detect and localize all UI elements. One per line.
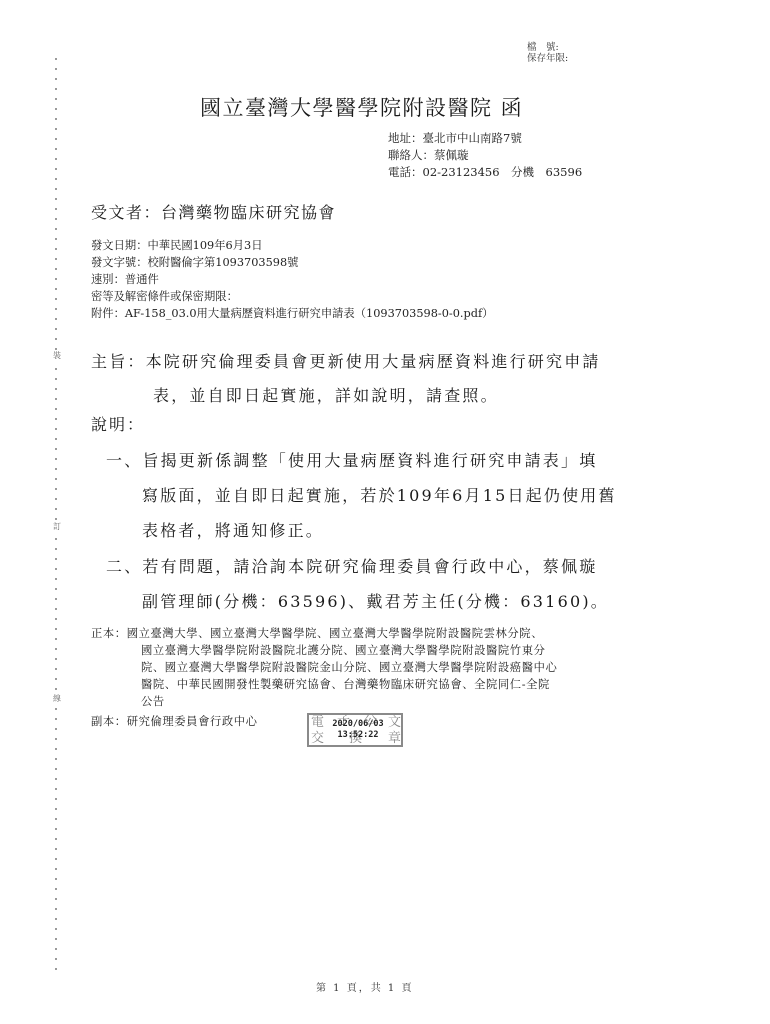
binding-dot <box>55 918 57 920</box>
explanation-item-1: 一、旨揭更新係調整「使用大量病歷資料進行研究申請表」填 寫版面，並自即日起實施，… <box>106 443 617 548</box>
binding-dot <box>55 828 57 830</box>
binding-dot <box>55 798 57 800</box>
binding-dot <box>55 328 57 330</box>
confidentiality: 密等及解密條件或保密期限： <box>91 288 493 305</box>
item-2-line-2: 副管理師(分機：63596)、戴君芳主任(分機：63160)。 <box>106 584 609 619</box>
binding-dot <box>55 558 57 560</box>
binding-dot <box>55 88 57 90</box>
binding-dot <box>55 218 57 220</box>
binding-dot <box>55 388 57 390</box>
binding-dot <box>55 438 57 440</box>
binding-label: 線 <box>53 695 61 703</box>
binding-dot <box>55 728 57 730</box>
stamp-char: 交 <box>311 732 324 745</box>
binding-dot <box>55 968 57 970</box>
delivery-type: 速別：普通件 <box>91 271 493 288</box>
binding-dot <box>55 938 57 940</box>
binding-dot <box>55 428 57 430</box>
recipient: 受文者：台灣藥物臨床研究協會 <box>91 200 336 223</box>
binding-dot <box>55 708 57 710</box>
binding-dot <box>55 608 57 610</box>
primary-recipients: 正本：國立臺灣大學、國立臺灣大學醫學院、國立臺灣大學醫學院附設醫院雲林分院、 國… <box>91 625 557 710</box>
sender-address: 地址：臺北市中山南路7號 <box>388 130 582 147</box>
binding-dot <box>55 378 57 380</box>
binding-dot <box>55 408 57 410</box>
contact-person: 聯絡人：蔡佩璇 <box>388 147 582 164</box>
binding-dot <box>55 108 57 110</box>
primary-line-1: 國立臺灣大學、國立臺灣大學醫學院、國立臺灣大學醫學院附設醫院雲林分院、 <box>127 627 543 640</box>
binding-dot <box>55 298 57 300</box>
binding-dot <box>55 468 57 470</box>
binding-dot <box>55 128 57 130</box>
binding-dot <box>55 148 57 150</box>
binding-dot <box>55 68 57 70</box>
binding-dot <box>55 418 57 420</box>
binding-dot <box>55 168 57 170</box>
subject: 主旨：本院研究倫理委員會更新使用大量病歷資料進行研究申請 表，並自即日起實施，詳… <box>91 345 601 413</box>
binding-dot <box>55 658 57 660</box>
subject-line-2: 表，並自即日起實施，詳如說明，請查照。 <box>91 379 601 413</box>
stamp-char: 章 <box>388 732 401 745</box>
binding-dot <box>55 688 57 690</box>
primary-label: 正本： <box>91 627 127 640</box>
explanation-item-2: 二、若有問題，請洽詢本院研究倫理委員會行政中心，蔡佩璇 副管理師(分機：6359… <box>106 549 609 619</box>
explanation-label: 說明： <box>91 412 145 435</box>
binding-dot <box>55 208 57 210</box>
item-2-line-1: 二、若有問題，請洽詢本院研究倫理委員會行政中心，蔡佩璇 <box>106 549 609 584</box>
binding-dot <box>55 758 57 760</box>
binding-dot <box>55 368 57 370</box>
electronic-exchange-stamp: 電 子 公 文 交 換 章 2020/06/03 13:52:22 <box>307 713 403 747</box>
subject-line-1: 主旨：本院研究倫理委員會更新使用大量病歷資料進行研究申請 <box>91 345 601 379</box>
attachment-link[interactable]: 附件：AF-158_03.0用大量病歷資料進行研究申請表（1093703598-… <box>91 305 493 322</box>
item-1-line-2: 寫版面，並自即日起實施，若於109年6月15日起仍使用舊 <box>106 478 617 513</box>
binding-dot <box>55 858 57 860</box>
binding-dot <box>55 518 57 520</box>
binding-dot <box>55 648 57 650</box>
binding-dot <box>55 578 57 580</box>
binding-dot <box>55 598 57 600</box>
binding-dot <box>55 118 57 120</box>
primary-line-2: 國立臺灣大學醫學院附設醫院北護分院、國立臺灣大學醫學院附設醫院竹東分 <box>91 642 557 659</box>
binding-dot <box>55 628 57 630</box>
binding-dot <box>55 768 57 770</box>
item-1-line-3: 表格者，將通知修正。 <box>106 513 617 548</box>
sender-contact: 地址：臺北市中山南路7號 聯絡人：蔡佩璇 電話：02-23123456 分機 6… <box>388 130 582 181</box>
binding-dot <box>55 818 57 820</box>
copy-recipients: 副本：研究倫理委員會行政中心 <box>91 713 258 729</box>
primary-line-4: 醫院、中華民國開發性製藥研究協會、台灣藥物臨床研究協會、全院同仁-全院 <box>91 676 557 693</box>
binding-dot <box>55 268 57 270</box>
binding-dot <box>55 888 57 890</box>
binding-dot <box>55 868 57 870</box>
binding-line: 裝訂線 <box>53 58 59 978</box>
file-meta: 檔 號: 保存年限: <box>527 42 568 64</box>
stamp-char: 文 <box>388 716 401 729</box>
binding-dot <box>55 898 57 900</box>
page-number: 第 1 頁，共 1 頁 <box>316 979 413 994</box>
binding-dot <box>55 228 57 230</box>
binding-dot <box>55 278 57 280</box>
binding-dot <box>55 178 57 180</box>
binding-dot <box>55 808 57 810</box>
binding-dot <box>55 78 57 80</box>
binding-dot <box>55 848 57 850</box>
document-info: 發文日期：中華民國109年6月3日 發文字號：校附醫倫字第1093703598號… <box>91 237 493 322</box>
contact-phone: 電話：02-23123456 分機 63596 <box>388 164 582 181</box>
binding-dot <box>55 258 57 260</box>
stamp-char: 電 <box>311 716 324 729</box>
stamp-timestamp: 2020/06/03 13:52:22 <box>327 719 389 741</box>
binding-dot <box>55 448 57 450</box>
stamp-date: 2020/06/03 <box>327 719 389 730</box>
binding-dot <box>55 338 57 340</box>
binding-dot <box>55 568 57 570</box>
binding-dot <box>55 158 57 160</box>
binding-dot <box>55 58 57 60</box>
binding-dot <box>55 908 57 910</box>
binding-dot <box>55 188 57 190</box>
binding-dot <box>55 538 57 540</box>
primary-line-5: 公告 <box>91 693 557 710</box>
retention-period-label: 保存年限: <box>527 53 568 64</box>
binding-dot <box>55 948 57 950</box>
binding-dot <box>55 488 57 490</box>
issue-date: 發文日期：中華民國109年6月3日 <box>91 237 493 254</box>
binding-dot <box>55 198 57 200</box>
binding-dot <box>55 318 57 320</box>
binding-dot <box>55 138 57 140</box>
binding-dot <box>55 748 57 750</box>
binding-dot <box>55 788 57 790</box>
binding-dot <box>55 508 57 510</box>
archive-number-label: 檔 號: <box>527 42 568 53</box>
primary-line-3: 院、國立臺灣大學醫學院附設醫院金山分院、國立臺灣大學醫學院附設癌醫中心 <box>91 659 557 676</box>
binding-dot <box>55 838 57 840</box>
binding-dot <box>55 678 57 680</box>
document-title: 國立臺灣大學醫學院附設醫院 函 <box>200 92 523 122</box>
binding-dot <box>55 308 57 310</box>
binding-label: 裝 <box>53 352 61 360</box>
binding-dot <box>55 588 57 590</box>
binding-dot <box>55 548 57 550</box>
stamp-time: 13:52:22 <box>327 730 389 741</box>
binding-dot <box>55 638 57 640</box>
binding-dot <box>55 458 57 460</box>
binding-label: 訂 <box>53 523 61 531</box>
binding-dot <box>55 498 57 500</box>
item-1-line-1: 一、旨揭更新係調整「使用大量病歷資料進行研究申請表」填 <box>106 443 617 478</box>
binding-dot <box>55 98 57 100</box>
binding-dot <box>55 288 57 290</box>
binding-dot <box>55 718 57 720</box>
binding-dot <box>55 248 57 250</box>
document-number: 發文字號：校附醫倫字第1093703598號 <box>91 254 493 271</box>
binding-dot <box>55 348 57 350</box>
binding-dot <box>55 738 57 740</box>
binding-dot <box>55 958 57 960</box>
binding-dot <box>55 878 57 880</box>
binding-dot <box>55 778 57 780</box>
binding-dot <box>55 668 57 670</box>
binding-dot <box>55 238 57 240</box>
binding-dot <box>55 398 57 400</box>
binding-dot <box>55 618 57 620</box>
binding-dot <box>55 928 57 930</box>
binding-dot <box>55 478 57 480</box>
